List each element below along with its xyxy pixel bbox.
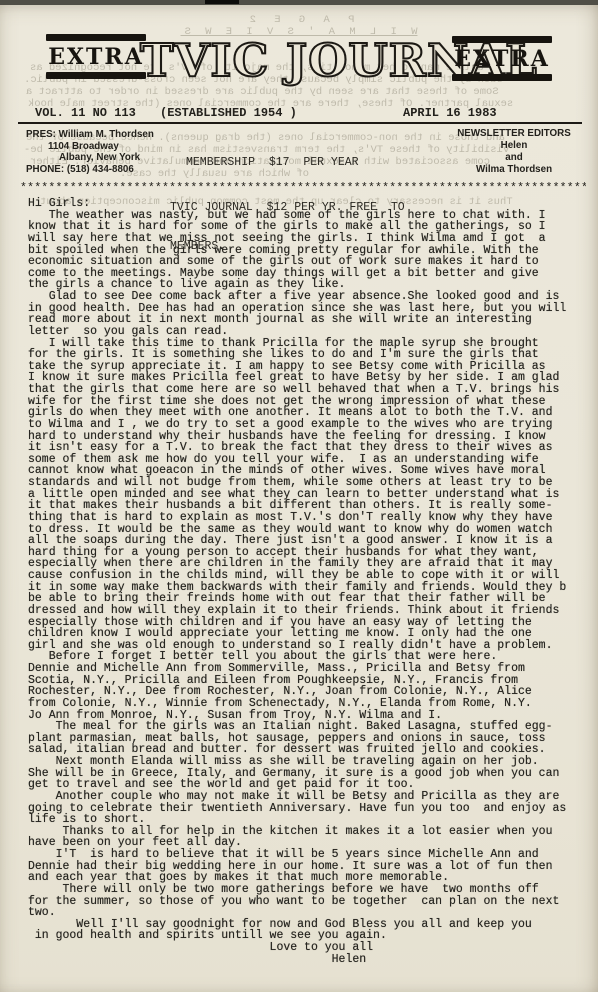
established-label: (ESTABLISHED 1954 ) — [160, 106, 297, 120]
editor-name: Helen — [448, 140, 580, 152]
banner-bar — [452, 36, 552, 43]
bleed-line: P A G E 2 — [0, 14, 598, 26]
president-contact-block: PRES: William M. Thordsen 1104 Broadway … — [26, 129, 154, 175]
masthead-info-bar: PRES: William M. Thordsen 1104 Broadway … — [18, 128, 582, 180]
president-address-street: 1104 Broadway — [26, 141, 154, 153]
newsletter-page: P A G E 2 W I L M A ' S V I E W S unlike… — [0, 5, 598, 992]
president-address-city: Albany, New York — [26, 152, 154, 164]
membership-rate: MEMBERSHIP $17 PER YEAR — [170, 156, 405, 169]
newsletter-title: TVIC JOURNAL — [140, 35, 460, 87]
editors-heading: NEWSLETTER EDITORS — [448, 128, 580, 140]
bleed-line: Some of these that are seen by the publi… — [26, 86, 499, 98]
newsletter-editors-block: NEWSLETTER EDITORS Helen and Wilma Thord… — [448, 128, 580, 176]
volume-date-row: VOL. 11 NO 113 (ESTABLISHED 1954 ) APRIL… — [0, 106, 598, 120]
scan-edge-notch — [205, 0, 239, 4]
volume-number: VOL. 11 NO 113 — [35, 106, 136, 120]
president-name: PRES: William M. Thordsen — [26, 129, 154, 141]
president-phone: PHONE: (518) 434-8806 — [26, 164, 154, 176]
banner-bar — [46, 72, 146, 79]
scan-bottom-edge — [0, 992, 598, 1000]
asterisk-separator: ****************************************… — [20, 182, 586, 195]
editor-name: Wilma Thordsen — [448, 164, 580, 176]
issue-date: APRIL 16 1983 — [403, 106, 497, 120]
banner-bar — [452, 74, 552, 81]
extra-banner-right: EXTRA — [452, 36, 552, 81]
extra-label: EXTRA — [452, 43, 552, 74]
letter-body: Hi Girls: The weather was nasty, but we … — [28, 198, 566, 965]
masthead-divider-rule — [18, 122, 582, 124]
banner-bar — [46, 34, 146, 41]
editors-conjunction: and — [448, 152, 580, 164]
extra-label: EXTRA — [46, 41, 146, 72]
extra-banner-left: EXTRA — [46, 34, 146, 79]
